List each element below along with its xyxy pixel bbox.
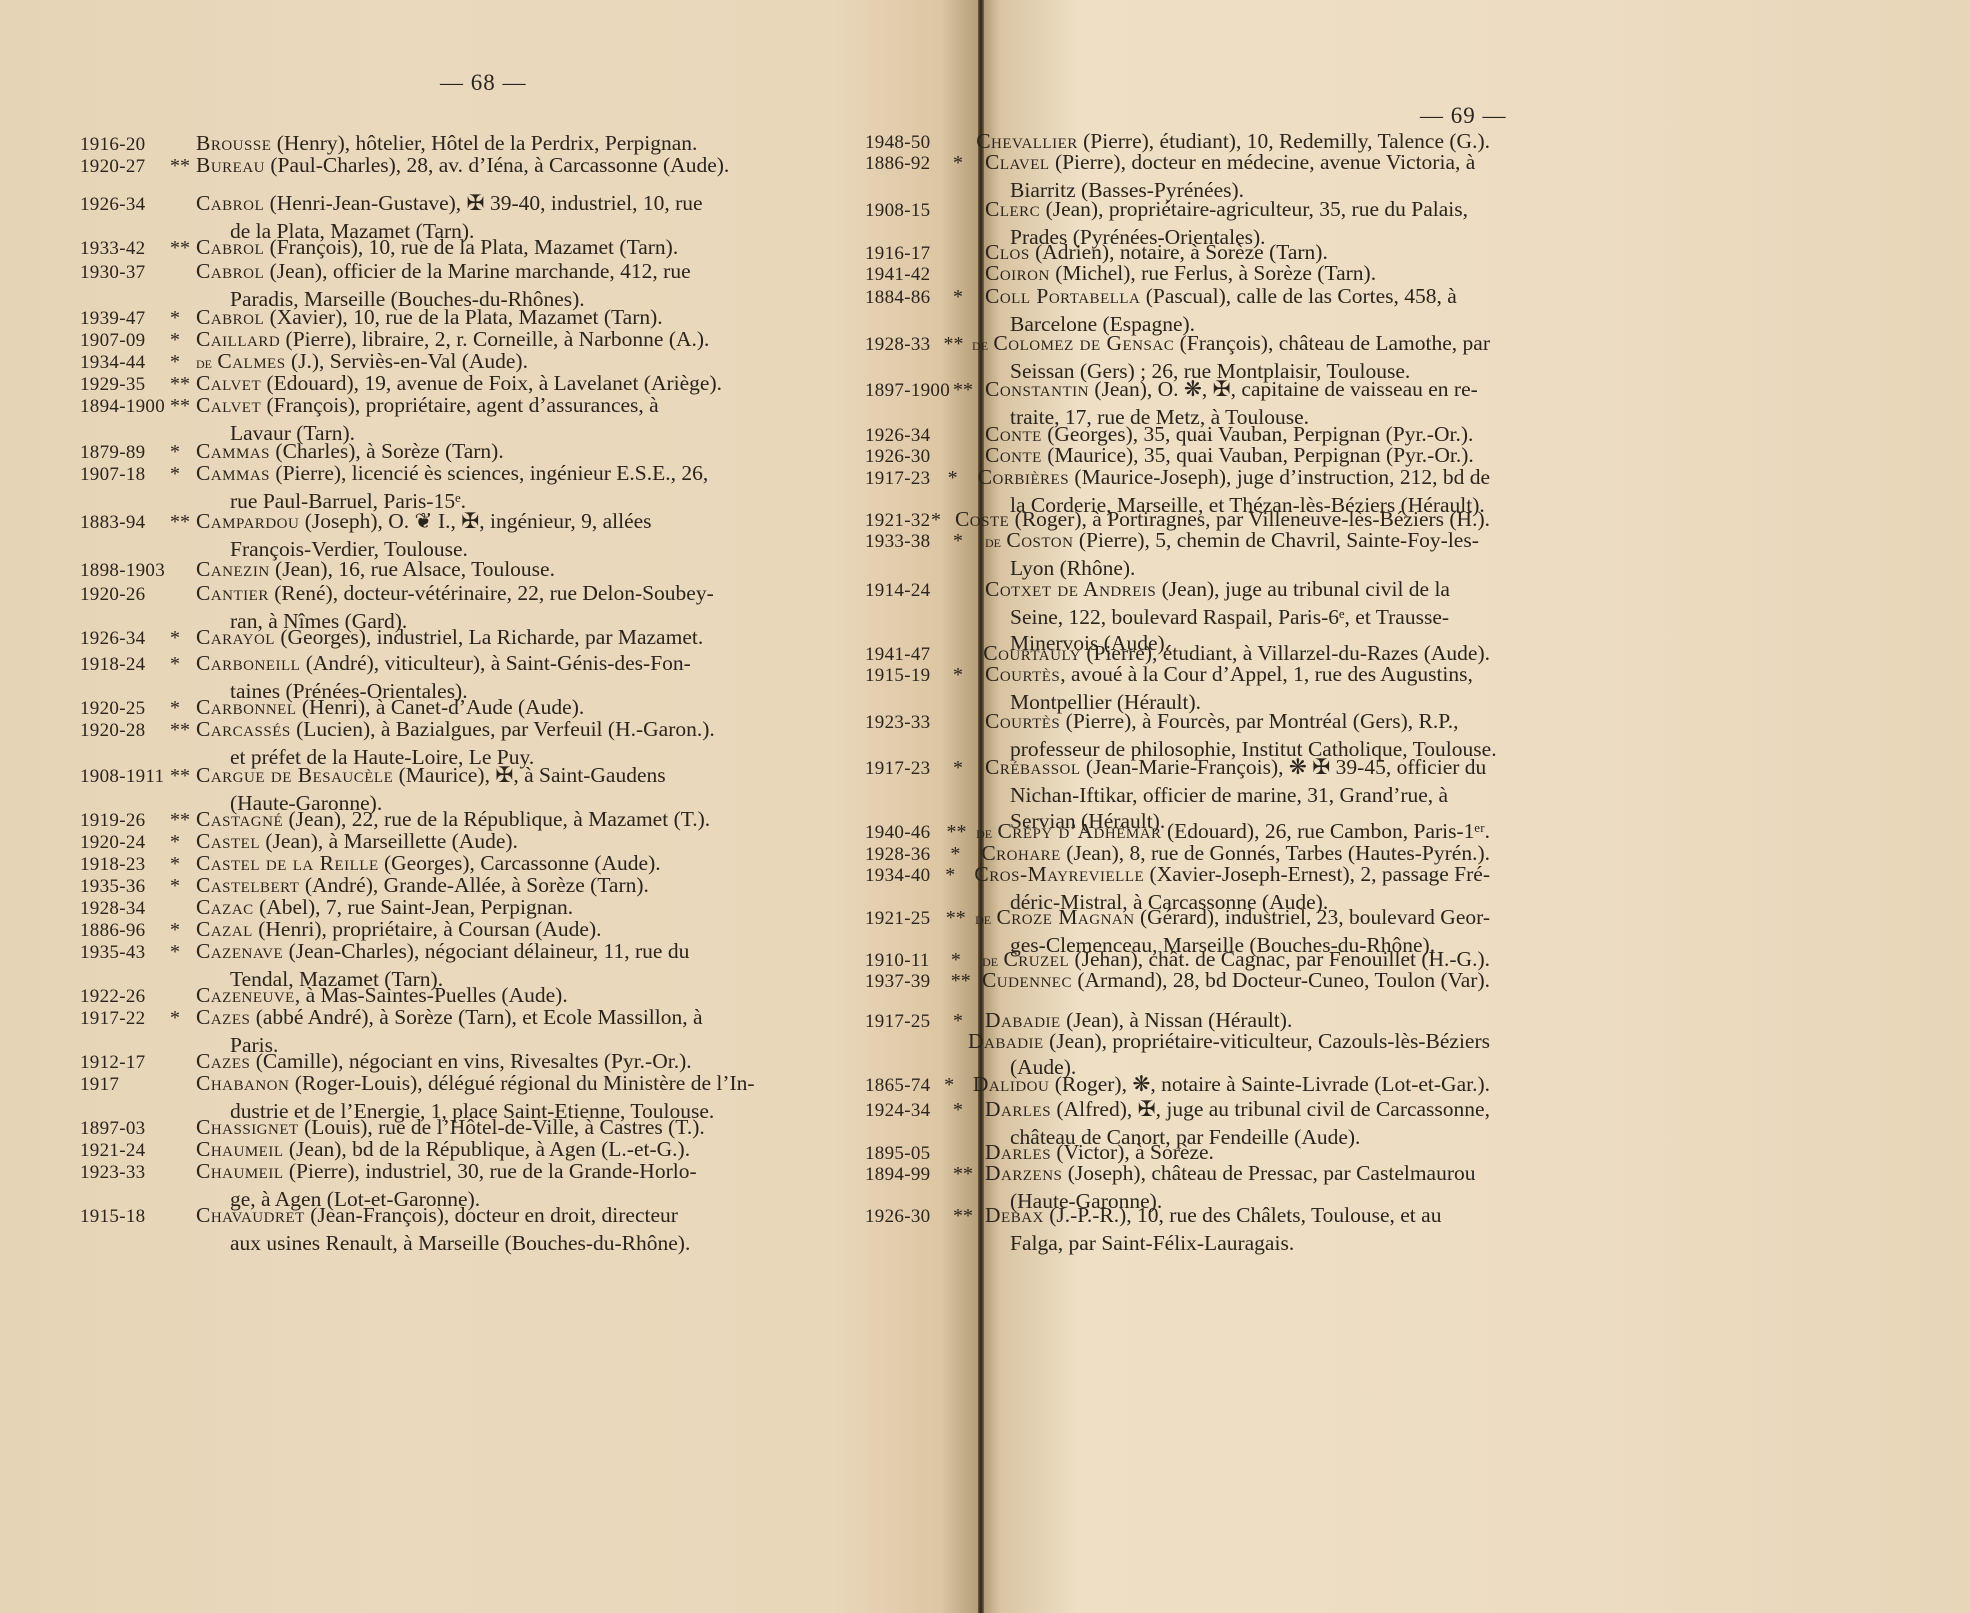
name-particle: de — [972, 335, 988, 354]
entry-text: Cazenave (Jean-Charles), négociant délai… — [196, 938, 885, 964]
entry-text: Dalidou (Roger), ❋, notaire à Sainte-Liv… — [973, 1071, 1490, 1097]
entry-marker: ** — [170, 717, 196, 743]
entry-dates: 1894-1900 — [80, 394, 170, 420]
entry-continuation-line: Seine, 122, boulevard Raspail, Paris-6ᵉ,… — [865, 604, 1490, 630]
entry-name: Cudennec — [982, 968, 1072, 992]
entry-marker: * — [953, 150, 985, 176]
entry-details: (François), 10, rue de la Plata, Mazamet… — [270, 235, 679, 259]
page-number-left: — 68 — — [440, 70, 527, 96]
entry-text: Constantin (Jean), O. ❋, ✠, capitaine de… — [985, 376, 1490, 402]
entry-details: (Alfred), ✠, juge au tribunal civil de C… — [1056, 1097, 1490, 1121]
entry-continuation-line: Falga, par Saint-Félix-Lauragais. — [865, 1230, 1490, 1256]
entry-text: de Coston (Pierre), 5, chemin de Chavril… — [985, 527, 1490, 555]
entry-first-line: 1934-40*Cros-Mayrevielle (Xavier-Joseph-… — [865, 861, 1490, 889]
entry-name: Carcassés — [196, 717, 291, 741]
entry-text: Crébassol (Jean-Marie-François), ❋ ✠ 39-… — [985, 754, 1490, 780]
entry-first-line: 1917-23*Crébassol (Jean-Marie-François),… — [865, 754, 1490, 782]
entry-name: Debax — [985, 1203, 1044, 1227]
entry-text: Bureau (Paul-Charles), 28, av. d’Iéna, à… — [196, 152, 885, 178]
entry-text: Coiron (Michel), rue Ferlus, à Sorèze (T… — [985, 260, 1490, 286]
entry-details: (Jean), propriétaire-viticulteur, Cazoul… — [1049, 1029, 1490, 1053]
entry-details: (Georges), industriel, La Richarde, par … — [280, 625, 703, 649]
entry-details: (François), château de Lamothe, par — [1180, 331, 1490, 355]
entry-text: Cabrol (François), 10, rue de la Plata, … — [196, 234, 885, 260]
entry-text: de Croze Magnan (Gérard), industriel, 23… — [975, 904, 1490, 932]
entry-marker: * — [953, 528, 985, 554]
entry-name: Colomez de Gensac — [993, 331, 1174, 355]
name-particle: de — [985, 532, 1001, 551]
entry-text: Debax (J.-P.-R.), 10, rue des Châlets, T… — [985, 1202, 1490, 1228]
entry-first-line: 1917-22*Cazes (abbé André), à Sorèze (Ta… — [80, 1004, 885, 1032]
entry-details: (Jean), 16, rue Alsace, Toulouse. — [275, 557, 555, 581]
entry-dates: 1926-34 — [80, 192, 170, 218]
entry-details: (Henri-Jean-Gustave), ✠ 39-40, industrie… — [270, 191, 703, 215]
entry-first-line: 1923-33Chaumeil (Pierre), industriel, 30… — [80, 1158, 885, 1186]
entry-name: Darles — [985, 1097, 1051, 1121]
entry-name: Cabrol — [196, 235, 264, 259]
entry-marker: * — [170, 461, 196, 487]
entry-first-line: 1920-27**Bureau (Paul-Charles), 28, av. … — [80, 152, 885, 180]
entry-first-line: 1923-33Courtès (Pierre), à Fourcès, par … — [865, 708, 1490, 736]
entry-name: Bureau — [196, 153, 265, 177]
entry-marker: ** — [951, 968, 982, 994]
entry-name: Darzens — [985, 1161, 1062, 1185]
entry-details: (Roger), ❋, notaire à Sainte-Livrade (Lo… — [1055, 1072, 1490, 1096]
entry-name: Cargue de Besaucèle — [196, 763, 393, 787]
entry-marker: * — [170, 939, 196, 965]
entry-dates: 1894-99 — [865, 1162, 953, 1188]
entry-name: Chabanon — [196, 1071, 289, 1095]
entry-first-line: 1917-23*Corbières (Maurice-Joseph), juge… — [865, 464, 1490, 492]
entry-name: Courtès — [985, 709, 1060, 733]
entry-name: Constantin — [985, 377, 1089, 401]
entry-first-line: 1907-18*Cammas (Pierre), licencié ès sci… — [80, 460, 885, 488]
entry-dates: 1920-26 — [80, 582, 170, 608]
entry-name: Coston — [1006, 528, 1073, 552]
entry-marker: ** — [946, 905, 975, 931]
entry-first-line: 1933-38*de Coston (Pierre), 5, chemin de… — [865, 527, 1490, 555]
entry-first-line: 1897-1900**Constantin (Jean), O. ❋, ✠, c… — [865, 376, 1490, 404]
entry-details: (Pierre), docteur en médecine, avenue Vi… — [1055, 150, 1475, 174]
entry-first-line: 1915-19*Courtès, avoué à la Cour d’Appel… — [865, 661, 1490, 689]
directory-entry: 1865-74*Dalidou (Roger), ❋, notaire à Sa… — [865, 1071, 1490, 1099]
entry-text: Cammas (Pierre), licencié ès sciences, i… — [196, 460, 885, 486]
directory-entry: 1915-18Chavaudret (Jean-François), docte… — [80, 1202, 885, 1256]
entry-dates: 1935-43 — [80, 940, 170, 966]
entry-details: (abbé André), à Sorèze (Tarn), et Ecole … — [256, 1005, 703, 1029]
entry-marker: * — [170, 625, 196, 651]
entry-dates: 1907-18 — [80, 462, 170, 488]
entry-marker: * — [953, 1097, 985, 1123]
directory-entry: 1926-34*Carayol (Georges), industriel, L… — [80, 624, 885, 652]
entry-dates: 1926-34 — [80, 626, 170, 652]
entry-first-line: 1928-33**de Colomez de Gensac (François)… — [865, 330, 1490, 358]
entry-name: Carboneill — [196, 651, 300, 675]
entry-first-line: 1917Chabanon (Roger-Louis), délégué régi… — [80, 1070, 885, 1098]
entry-details: (Paul-Charles), 28, av. d’Iéna, à Carcas… — [270, 153, 729, 177]
entry-dates: 1924-34 — [865, 1098, 953, 1124]
entry-text: Carboneill (André), viticulteur), à Sain… — [196, 650, 885, 676]
entry-details: (Jean), O. ❋, ✠, capitaine de vaisseau e… — [1094, 377, 1477, 401]
entry-dates: 1923-33 — [80, 1160, 170, 1186]
entry-dates: 1930-37 — [80, 260, 170, 286]
entry-details: (Pierre), 5, chemin de Chavril, Sainte-F… — [1079, 528, 1479, 552]
entry-first-line: 1920-28**Carcassés (Lucien), à Bazialgue… — [80, 716, 885, 744]
entry-name: Cotxet de Andreis — [985, 577, 1156, 601]
entry-marker: * — [944, 1072, 973, 1098]
entry-first-line: 1926-34Cabrol (Henri-Jean-Gustave), ✠ 39… — [80, 190, 885, 218]
entry-first-line: 1886-92*Clavel (Pierre), docteur en méde… — [865, 149, 1490, 177]
entry-dates: 1917-23 — [865, 466, 948, 492]
entry-details: (Michel), rue Ferlus, à Sorèze (Tarn). — [1055, 261, 1376, 285]
entry-first-line: 1894-99**Darzens (Joseph), château de Pr… — [865, 1160, 1490, 1188]
directory-entry: 1920-27**Bureau (Paul-Charles), 28, av. … — [80, 152, 885, 180]
entry-details: (Pierre), industriel, 30, rue de la Gran… — [289, 1159, 697, 1183]
entry-marker: * — [953, 755, 985, 781]
entry-text: Cotxet de Andreis (Jean), juge au tribun… — [985, 576, 1490, 602]
entry-text: Darzens (Joseph), château de Pressac, pa… — [985, 1160, 1490, 1186]
entry-dates: 1883-94 — [80, 510, 170, 536]
entry-marker: ** — [170, 509, 196, 535]
entry-details: (Jean), officier de la Marine marchande,… — [270, 259, 691, 283]
entry-details: (Jean-Charles), négociant délaineur, 11,… — [289, 939, 690, 963]
entry-name: Corbières — [978, 465, 1069, 489]
directory-entry: 1937-39**Cudennec (Armand), 28, bd Docte… — [865, 967, 1490, 995]
entry-dates: 1865-74 — [865, 1073, 944, 1099]
entry-details: (Xavier-Joseph-Ernest), 2, passage Fré- — [1150, 862, 1490, 886]
entry-name: Cabrol — [196, 191, 264, 215]
entry-first-line: 1918-24*Carboneill (André), viticulteur)… — [80, 650, 885, 678]
entry-first-line: 1908-15Clerc (Jean), propriétaire-agricu… — [865, 196, 1490, 224]
entry-dates: 1886-92 — [865, 151, 953, 177]
entry-name: Canezin — [196, 557, 270, 581]
entry-marker: * — [170, 651, 196, 677]
entry-dates: 1920-27 — [80, 154, 170, 180]
entry-marker: ** — [953, 377, 985, 403]
name-particle: de — [975, 909, 991, 928]
entry-marker: * — [170, 1005, 196, 1031]
entry-first-line: 1884-86*Coll Portabella (Pascual), calle… — [865, 283, 1490, 311]
entry-first-line: 1924-34*Darles (Alfred), ✠, juge au trib… — [865, 1096, 1490, 1124]
entry-name: Chavaudret — [196, 1203, 305, 1227]
entry-text: Chaumeil (Pierre), industriel, 30, rue d… — [196, 1158, 885, 1184]
entry-dates: 1915-19 — [865, 663, 953, 689]
entry-marker: ** — [953, 1203, 985, 1229]
entry-dates: 1937-39 — [865, 969, 951, 995]
entry-continuation-line: aux usines Renault, à Marseille (Bouches… — [80, 1230, 885, 1256]
entry-dates: 1917 — [80, 1072, 170, 1098]
entry-text: Carcassés (Lucien), à Bazialgues, par Ve… — [196, 716, 885, 742]
entry-dates: 1918-24 — [80, 652, 170, 678]
entry-dates: 1934-40 — [865, 863, 945, 889]
entry-text: de Colomez de Gensac (François), château… — [972, 330, 1490, 358]
entry-first-line: 1930-37Cabrol (Jean), officier de la Mar… — [80, 258, 885, 286]
entry-continuation-line: Nichan-Iftikar, officier de marine, 31, … — [865, 782, 1490, 808]
entry-name: Chaumeil — [196, 1159, 284, 1183]
entry-dates: 1914-24 — [865, 578, 953, 604]
entry-name: Crébassol — [985, 755, 1081, 779]
entry-first-line: 1926-34*Carayol (Georges), industriel, L… — [80, 624, 885, 652]
entry-details: (Armand), 28, bd Docteur-Cuneo, Toulon (… — [1077, 968, 1490, 992]
entry-marker: ** — [944, 331, 973, 357]
entry-first-line: Dabadie (Jean), propriétaire-viticulteur… — [865, 1028, 1490, 1054]
entry-text: Coll Portabella (Pascual), calle de las … — [985, 283, 1490, 309]
entry-marker: * — [945, 862, 974, 888]
entry-details: (René), docteur-vétérinaire, 22, rue Del… — [274, 581, 714, 605]
entry-first-line: 1865-74*Dalidou (Roger), ❋, notaire à Sa… — [865, 1071, 1490, 1099]
entry-name: Cabrol — [196, 259, 264, 283]
entry-first-line: 1926-30**Debax (J.-P.-R.), 10, rue des C… — [865, 1202, 1490, 1230]
entry-text: Clavel (Pierre), docteur en médecine, av… — [985, 149, 1490, 175]
entry-name: Dalidou — [973, 1072, 1050, 1096]
entry-name: Cazenave — [196, 939, 283, 963]
entry-text: Calvet (François), propriétaire, agent d… — [196, 392, 885, 418]
entry-details: (Gérard), industriel, 23, boulevard Geor… — [1140, 905, 1490, 929]
entry-details: , avoué à la Cour d’Appel, 1, rue des Au… — [1060, 662, 1473, 686]
entry-name: Cantier — [196, 581, 269, 605]
entry-dates: 1908-1911 — [80, 764, 170, 790]
entry-dates: 1926-30 — [865, 1204, 953, 1230]
entry-details: (Lucien), à Bazialgues, par Verfeuil (H.… — [296, 717, 715, 741]
entry-details: (J.-P.-R.), 10, rue des Châlets, Toulous… — [1049, 1203, 1441, 1227]
entry-name: Dabadie — [968, 1029, 1044, 1053]
entry-text: Cros-Mayrevielle (Xavier-Joseph-Ernest),… — [974, 861, 1490, 887]
entry-text: Cazes (abbé André), à Sorèze (Tarn), et … — [196, 1004, 885, 1030]
entry-name: Cros-Mayrevielle — [974, 862, 1144, 886]
entry-dates: 1884-86 — [865, 285, 953, 311]
directory-entry: 1883-94**Campardou (Joseph), O. ❦ I., ✠,… — [80, 508, 885, 562]
entry-name: Cazes — [196, 1005, 250, 1029]
entry-first-line: 1908-1911**Cargue de Besaucèle (Maurice)… — [80, 762, 885, 790]
entry-dates: 1933-38 — [865, 529, 953, 555]
entry-name: Cammas — [196, 461, 270, 485]
entry-dates: 1917-23 — [865, 756, 953, 782]
entry-details: (Pierre), à Fourcès, par Montréal (Gers)… — [1066, 709, 1459, 733]
entry-marker: ** — [953, 1161, 985, 1187]
entry-text: Chavaudret (Jean-François), docteur en d… — [196, 1202, 885, 1228]
entry-first-line: 1937-39**Cudennec (Armand), 28, bd Docte… — [865, 967, 1490, 995]
entry-details: (Jean-François), docteur en droit, direc… — [310, 1203, 678, 1227]
entry-name: Croze Magnan — [996, 905, 1134, 929]
page-number-right: — 69 — — [1420, 103, 1507, 129]
entry-name: Clerc — [985, 197, 1040, 221]
entry-name: Coll Portabella — [985, 284, 1140, 308]
entry-text: Cabrol (Jean), officier de la Marine mar… — [196, 258, 885, 284]
entry-text: Cantier (René), docteur-vétérinaire, 22,… — [196, 580, 885, 606]
entry-text: Courtès (Pierre), à Fourcès, par Montréa… — [985, 708, 1490, 734]
entry-name: Clavel — [985, 150, 1050, 174]
entry-text: Clerc (Jean), propriétaire-agriculteur, … — [985, 196, 1490, 222]
entry-details: (André), viticulteur), à Saint-Génis-des… — [306, 651, 691, 675]
entry-text: Cudennec (Armand), 28, bd Docteur-Cuneo,… — [982, 967, 1490, 993]
entry-first-line: 1914-24Cotxet de Andreis (Jean), juge au… — [865, 576, 1490, 604]
entry-first-line: 1883-94**Campardou (Joseph), O. ❦ I., ✠,… — [80, 508, 885, 536]
entry-details: (Maurice-Joseph), juge d’instruction, 21… — [1074, 465, 1490, 489]
directory-entry: 1933-38*de Coston (Pierre), 5, chemin de… — [865, 527, 1490, 581]
entry-text: Corbières (Maurice-Joseph), juge d’instr… — [978, 464, 1490, 490]
entry-dates: 1928-33 — [865, 332, 944, 358]
entry-dates: 1915-18 — [80, 1204, 170, 1230]
entry-text: Cabrol (Henri-Jean-Gustave), ✠ 39-40, in… — [196, 190, 885, 216]
entry-details: (Jean), juge au tribunal civil de la — [1162, 577, 1450, 601]
entry-first-line: 1915-18Chavaudret (Jean-François), docte… — [80, 1202, 885, 1230]
directory-entry: 1907-18*Cammas (Pierre), licencié ès sci… — [80, 460, 885, 514]
entry-details: (Roger-Louis), délégué régional du Minis… — [295, 1071, 755, 1095]
entry-name: Carayol — [196, 625, 275, 649]
entry-text: Carayol (Georges), industriel, La Richar… — [196, 624, 885, 650]
entry-details: (Jean), propriétaire-agriculteur, 35, ru… — [1046, 197, 1468, 221]
entry-text: Dabadie (Jean), propriétaire-viticulteur… — [968, 1028, 1490, 1054]
entry-dates: 1920-28 — [80, 718, 170, 744]
entry-name: Calvet — [196, 393, 261, 417]
entry-details: (Joseph), O. ❦ I., ✠, ingénieur, 9, allé… — [305, 509, 652, 533]
entry-dates: 1897-1900 — [865, 378, 953, 404]
entry-text: Darles (Alfred), ✠, juge au tribunal civ… — [985, 1096, 1490, 1122]
entry-details: (Pierre), licencié ès sciences, ingénieu… — [275, 461, 708, 485]
entry-first-line: 1935-43*Cazenave (Jean-Charles), négocia… — [80, 938, 885, 966]
entry-name: Coiron — [985, 261, 1050, 285]
entry-marker: ** — [170, 763, 196, 789]
entry-name: Campardou — [196, 509, 299, 533]
entry-marker: ** — [170, 153, 196, 179]
entry-details: (François), propriétaire, agent d’assura… — [267, 393, 659, 417]
entry-dates: 1908-15 — [865, 198, 953, 224]
entry-text: Canezin (Jean), 16, rue Alsace, Toulouse… — [196, 556, 885, 582]
entry-marker: * — [953, 662, 985, 688]
entry-dates: 1923-33 — [865, 710, 953, 736]
entry-first-line: 1920-26Cantier (René), docteur-vétérinai… — [80, 580, 885, 608]
entry-details: (Joseph), château de Pressac, par Castel… — [1068, 1161, 1476, 1185]
entry-details: (Maurice), ✠, à Saint-Gaudens — [399, 763, 666, 787]
entry-details: (Jean-Marie-François), ❋ ✠ 39-45, offici… — [1086, 755, 1486, 779]
entry-first-line: 1921-25**de Croze Magnan (Gérard), indus… — [865, 904, 1490, 932]
entry-dates: 1917-22 — [80, 1006, 170, 1032]
entry-text: Courtès, avoué à la Cour d’Appel, 1, rue… — [985, 661, 1490, 687]
entry-text: Cargue de Besaucèle (Maurice), ✠, à Sain… — [196, 762, 885, 788]
entry-marker: * — [948, 465, 978, 491]
directory-entry: 1926-30**Debax (J.-P.-R.), 10, rue des C… — [865, 1202, 1490, 1256]
entry-marker: ** — [170, 393, 196, 419]
entry-first-line: 1894-1900**Calvet (François), propriétai… — [80, 392, 885, 420]
entry-marker: * — [953, 284, 985, 310]
entry-name: Courtès — [985, 662, 1060, 686]
entry-dates: 1921-25 — [865, 906, 946, 932]
entry-details: (Pascual), calle de las Cortes, 458, à — [1146, 284, 1457, 308]
entry-text: Chabanon (Roger-Louis), délégué régional… — [196, 1070, 885, 1096]
entry-text: Campardou (Joseph), O. ❦ I., ✠, ingénieu… — [196, 508, 885, 534]
